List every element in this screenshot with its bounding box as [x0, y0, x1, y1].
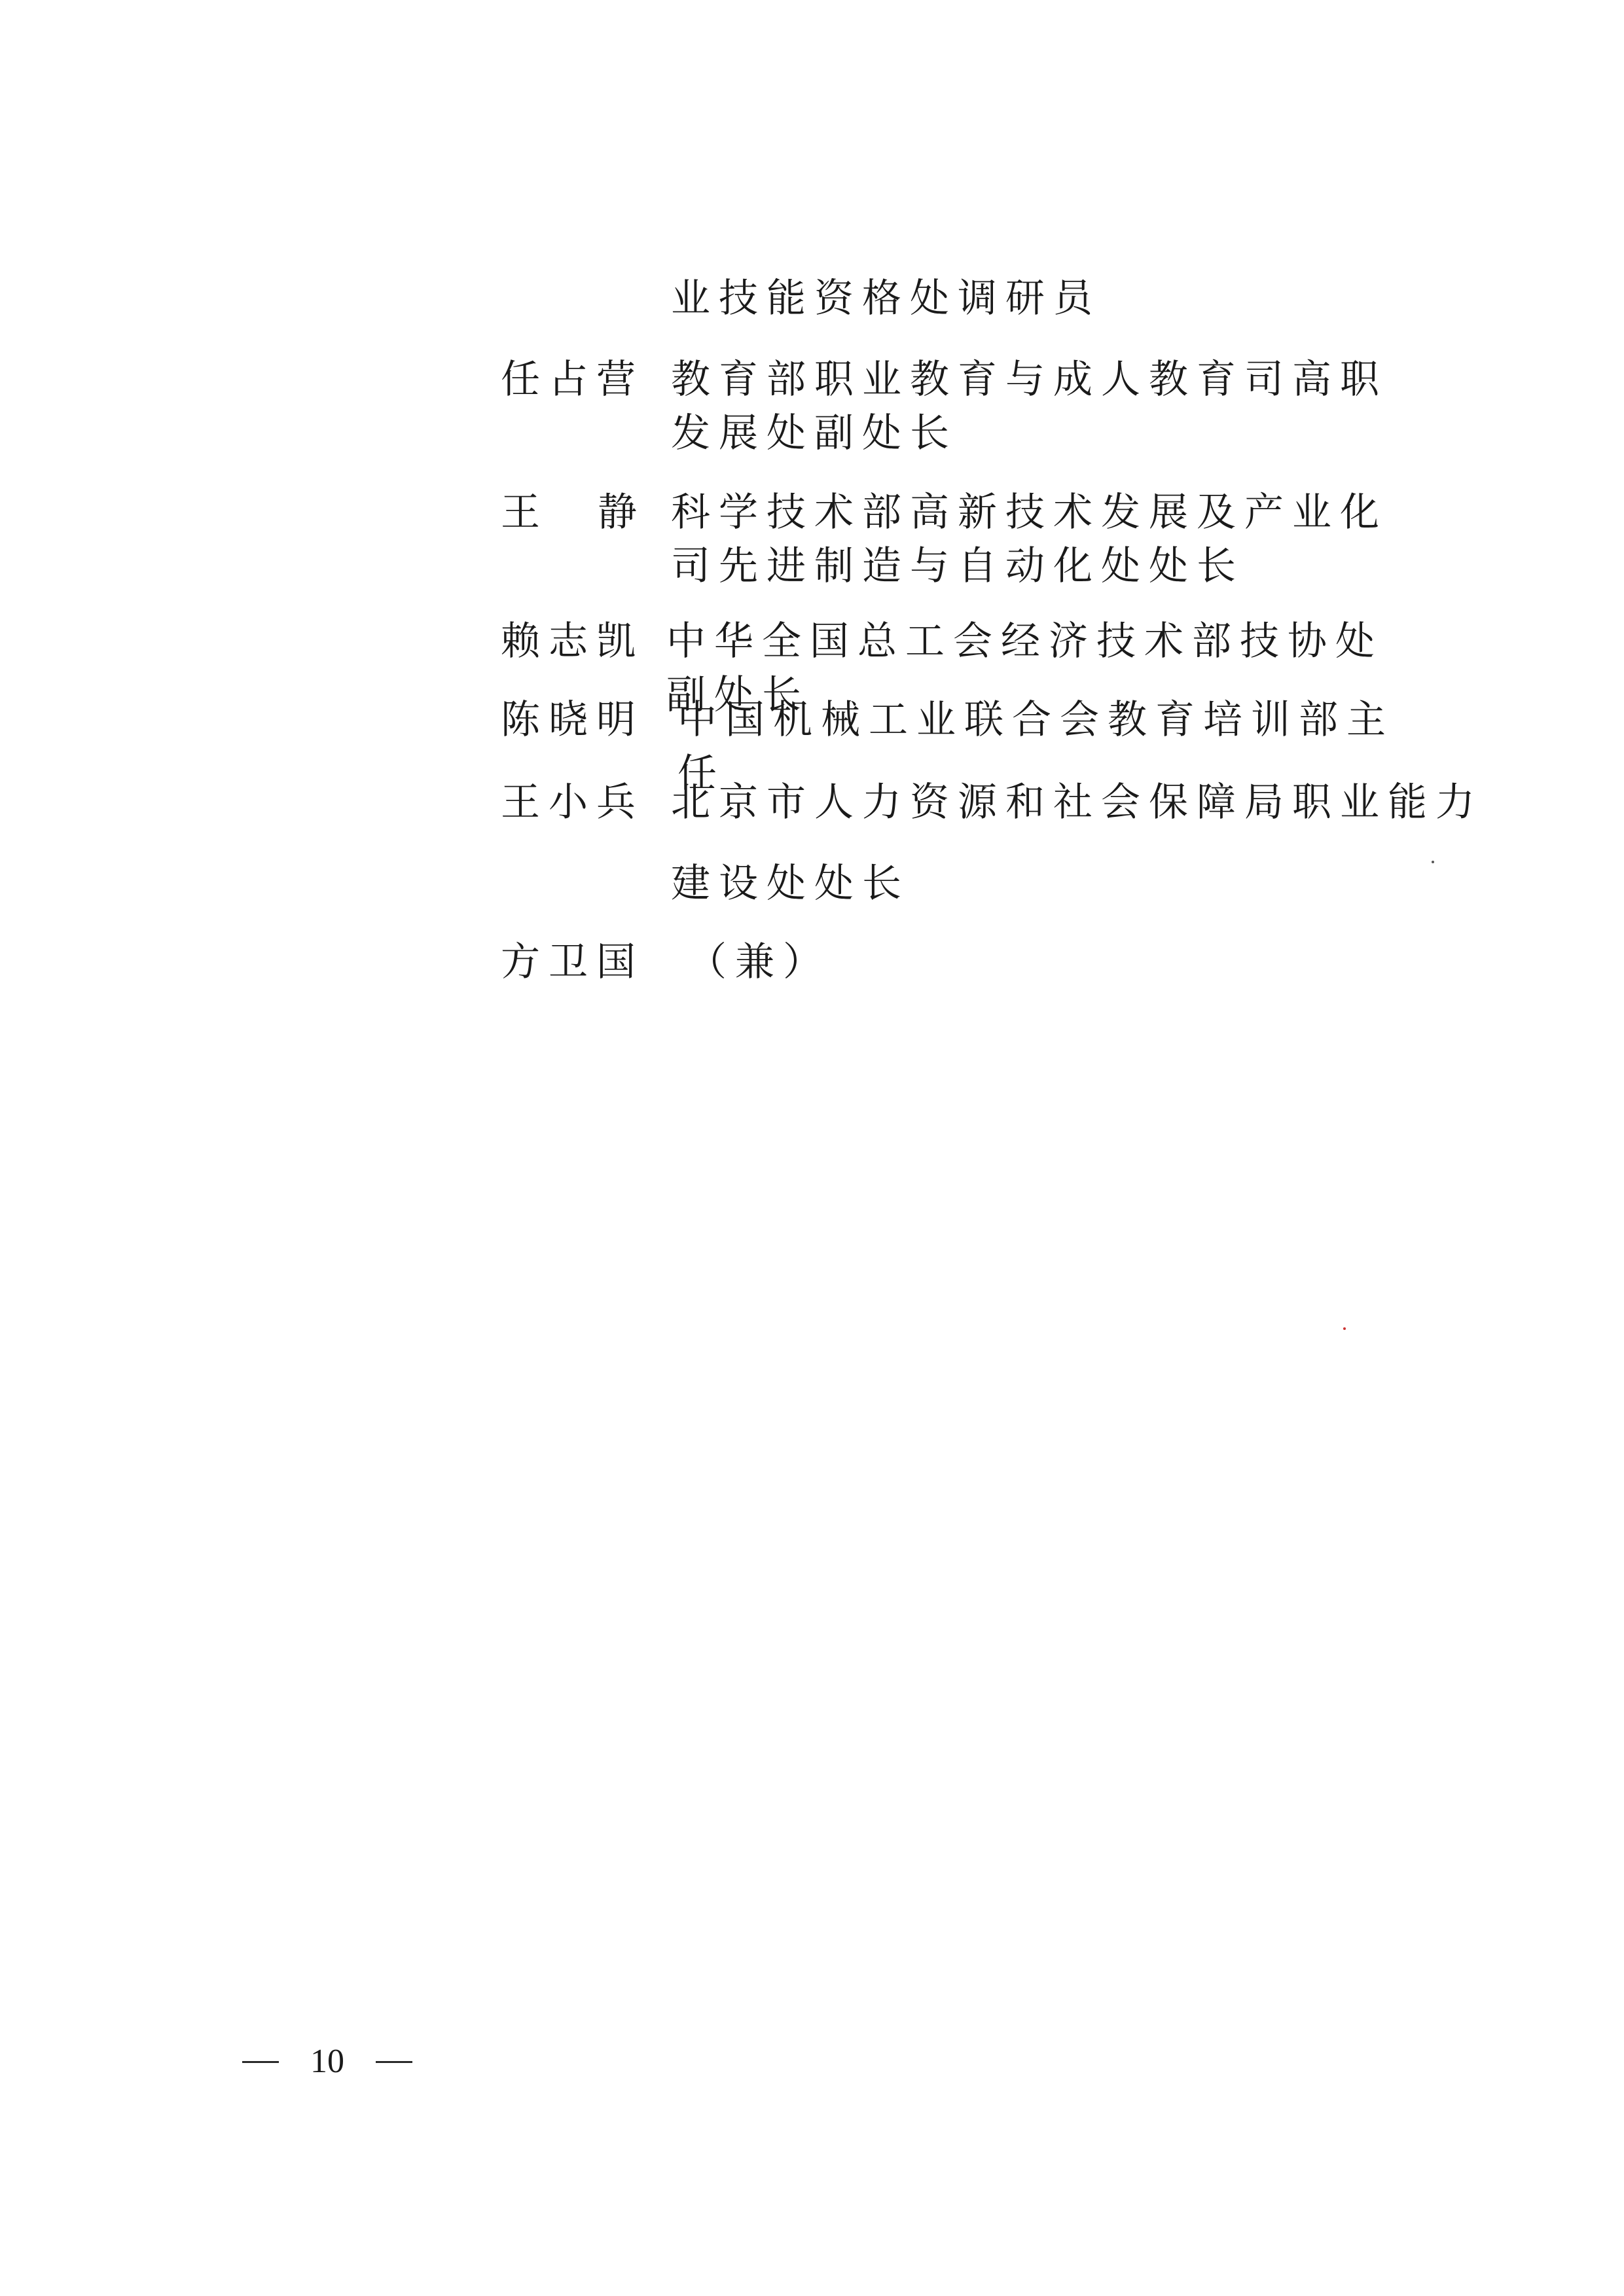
member-title: （兼）: [687, 935, 831, 989]
continued-title-line: 业技能资格处调研员: [671, 272, 1101, 325]
right-dash: [376, 2061, 412, 2063]
member-name: 王小兵: [501, 776, 644, 829]
member-name: 赖志凯: [501, 615, 644, 668]
member-title: 教育部职业教育与成人教育司高职发展处副处长: [671, 353, 1404, 460]
member-title-line-2: 建设处处长: [671, 857, 910, 910]
member-title-line-1: 北京市人力资源和社会保障局职业能力: [671, 776, 1483, 829]
page-footer: 10: [242, 2042, 412, 2081]
member-name: 陈晓明: [501, 693, 644, 747]
member-name-first: 王: [501, 486, 540, 539]
scan-speck: [1343, 1327, 1346, 1330]
scan-speck: [1432, 861, 1434, 863]
member-name: 王静: [501, 486, 637, 539]
member-title: 科学技术部高新技术发展及产业化司先进制造与自动化处处长: [671, 486, 1404, 593]
member-name-last: 静: [598, 490, 637, 535]
page-number: 10: [310, 2042, 344, 2081]
left-dash: [242, 2061, 279, 2063]
document-page: 业技能资格处调研员 任占营 教育部职业教育与成人教育司高职发展处副处长 王静 科…: [0, 0, 1624, 2296]
member-name: 方卫国: [501, 935, 644, 989]
member-name: 任占营: [501, 353, 644, 406]
